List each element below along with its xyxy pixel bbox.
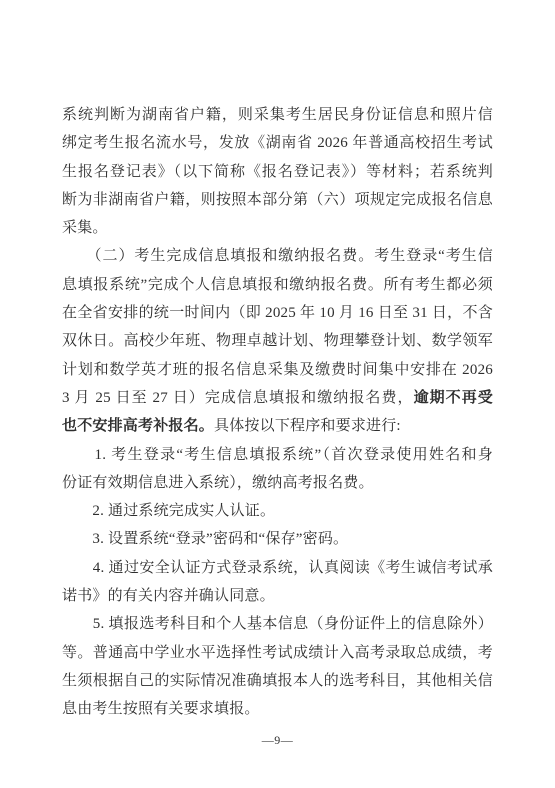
text-segment: 份证有效期信息进入系统），缴纳高考报名费。 — [62, 475, 374, 491]
text-line: 系统判断为湖南省户籍，则采集考生居民身份证信息和照片信息， — [62, 101, 493, 129]
text-segment: 双休日。高校少年班、物理卓越计划、物理攀登计划、数学领军 — [62, 333, 493, 349]
text-line: 也不安排高考补报名。具体按以下程序和要求进行: — [62, 412, 493, 440]
text-segment: 诺书》的有关内容并确认同意。 — [62, 588, 275, 604]
text-line: 绑定考生报名流水号，发放《湖南省 2026 年普通高校招生考试考 — [62, 129, 493, 157]
text-line: 3. 设置系统“登录”密码和“保存”密码。 — [62, 525, 493, 553]
text-segment: 4. 通过安全认证方式登录系统，认真阅读《考生诚信考试承 — [62, 560, 493, 576]
text-line: 诺书》的有关内容并确认同意。 — [62, 582, 493, 610]
text-segment: 息填报系统”完成个人信息填报和缴纳报名费。所有考生都必须 — [62, 277, 493, 293]
text-segment: 2. 通过系统完成实人认证。 — [62, 503, 275, 519]
text-line: 等。普通高中学业水平选择性考试成绩计入高考录取总成绩，考 — [62, 639, 493, 667]
text-line: 3 月 25 日至 27 日）完成信息填报和缴纳报名费，逾期不再受理， — [62, 384, 493, 412]
text-line: 1. 考生登录“考生信息填报系统”（首次登录使用姓名和身 — [62, 441, 493, 469]
text-line: 份证有效期信息进入系统），缴纳高考报名费。 — [62, 469, 493, 497]
text-segment: 断为非湖南省户籍，则按照本部分第（六）项规定完成报名信息 — [62, 192, 493, 208]
text-segment: 绑定考生报名流水号，发放《湖南省 2026 年普通高校招生考试考 — [62, 135, 493, 157]
text-line: 双休日。高校少年班、物理卓越计划、物理攀登计划、数学领军 — [62, 327, 493, 355]
document-body: 系统判断为湖南省户籍，则采集考生居民身份证信息和照片信息，绑定考生报名流水号，发… — [62, 101, 493, 724]
text-segment: 计划和数学英才班的报名信息采集及缴费时间集中安排在 2026 年 — [62, 362, 493, 384]
text-segment: 生报名登记表》（以下简称《报名登记表》）等材料；若系统判 — [62, 164, 493, 180]
text-line: 在全省安排的统一时间内（即 2025 年 10 月 16 日至 31 日，不含 — [62, 299, 493, 327]
bold-text-segment: 也不安排高考补报名。 — [62, 417, 214, 434]
text-line: 采集。 — [62, 214, 493, 242]
text-line: 4. 通过安全认证方式登录系统，认真阅读《考生诚信考试承 — [62, 554, 493, 582]
text-segment: 具体按以下程序和要求进行: — [214, 418, 401, 434]
text-segment: 息由考生按照有关要求填报。 — [62, 701, 260, 717]
text-line: 5. 填报选考科目和个人基本信息（身份证件上的信息除外） — [62, 610, 493, 638]
text-line: 息由考生按照有关要求填报。 — [62, 695, 493, 723]
text-line: （二）考生完成信息填报和缴纳报名费。考生登录“考生信 — [62, 242, 493, 270]
text-line: 息填报系统”完成个人信息填报和缴纳报名费。所有考生都必须 — [62, 271, 493, 299]
page-number: —9— — [0, 733, 555, 748]
text-segment: 系统判断为湖南省户籍，则采集考生居民身份证信息和照片信息， — [62, 107, 493, 129]
text-line: 生须根据自己的实际情况准确填报本人的选考科目，其他相关信 — [62, 667, 493, 695]
text-line: 计划和数学英才班的报名信息采集及缴费时间集中安排在 2026 年 — [62, 356, 493, 384]
text-line: 断为非湖南省户籍，则按照本部分第（六）项规定完成报名信息 — [62, 186, 493, 214]
text-segment: 生须根据自己的实际情况准确填报本人的选考科目，其他相关信 — [62, 673, 493, 689]
text-segment: 3 月 25 日至 27 日）完成信息填报和缴纳报名费， — [62, 390, 414, 406]
document-page: 系统判断为湖南省户籍，则采集考生居民身份证信息和照片信息，绑定考生报名流水号，发… — [0, 0, 555, 788]
text-segment: （二）考生完成信息填报和缴纳报名费。考生登录“考生信 — [62, 248, 493, 264]
text-segment: 5. 填报选考科目和个人基本信息（身份证件上的信息除外） — [62, 616, 493, 632]
text-segment: 等。普通高中学业水平选择性考试成绩计入高考录取总成绩，考 — [62, 645, 493, 661]
text-segment: 1. 考生登录“考生信息填报系统”（首次登录使用姓名和身 — [62, 447, 493, 463]
text-line: 2. 通过系统完成实人认证。 — [62, 497, 493, 525]
text-segment: 3. 设置系统“登录”密码和“保存”密码。 — [62, 531, 348, 547]
text-line: 生报名登记表》（以下简称《报名登记表》）等材料；若系统判 — [62, 158, 493, 186]
text-segment: 在全省安排的统一时间内（即 2025 年 10 月 16 日至 31 日，不含 — [62, 305, 493, 321]
text-segment: 采集。 — [62, 220, 108, 236]
